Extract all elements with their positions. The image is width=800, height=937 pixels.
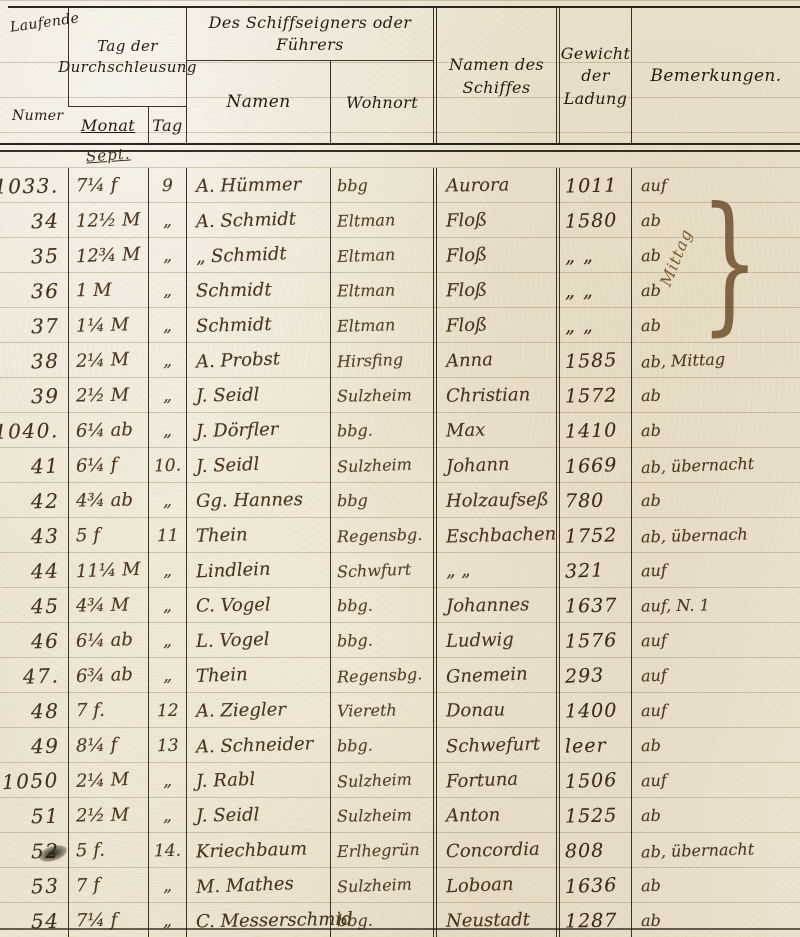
cell-schiff: Floß [433,238,556,273]
cell-schiff: Floß [433,273,556,308]
header-gewicht: Gewicht der Ladung [561,43,631,110]
cell-schiff: Johannes [433,588,556,623]
cell-laufende-nummer: 46 [8,623,68,658]
header-schiff: Namen des Schiffes [443,54,550,99]
cell-laufende-nummer: 41 [8,448,68,483]
cell-tag: „ [148,553,186,588]
cell-schiff: Ludwig [433,623,556,658]
cell-gewicht: „ „ [556,273,631,308]
cell-bemerkung: ab [631,203,800,238]
column-header-schiffseigner: Des Schiffseigners oder Führers [186,8,433,61]
cell-tag: „ [148,483,186,518]
column-header-tag-der-durchschleusung: Tag der Durchschleusung [68,8,186,107]
cell-schiff: Floß [433,203,556,238]
cell-schiff: Aurora [433,168,556,203]
cell-gewicht: „ „ [556,308,631,343]
cell-schiff: Johann [433,448,556,483]
cell-gewicht: 1011 [556,168,631,203]
cell-laufende-nummer: 53 [8,868,68,903]
cell-monat-zeit: 7 f [68,868,148,903]
cell-laufende-nummer: 42 [8,483,68,518]
cell-laufende-nummer: 37 [8,308,68,343]
cell-bemerkung: auf [631,553,800,588]
cell-name: A. Ziegler [186,693,330,728]
cell-gewicht: 321 [556,553,631,588]
cell-laufende-nummer: 38 [8,343,68,378]
cell-name: „ Schmidt [186,238,330,273]
cell-wohnort: Sulzheim [330,868,433,903]
cell-laufende-nummer: 51 [8,798,68,833]
cell-wohnort: Regensbg. [330,518,433,553]
cell-wohnort: bbg [330,483,433,518]
cell-laufende-nummer: 48 [8,693,68,728]
cell-wohnort: Eltman [330,273,433,308]
cell-schiff: Concordia [433,833,556,868]
cell-wohnort: Eltman [330,308,433,343]
cell-monat-zeit: 2½ M [68,798,148,833]
cell-tag: „ [148,378,186,413]
cell-monat-zeit: 6¼ ab [68,413,148,448]
cell-name: J. Dörfler [186,413,330,448]
column-header-wohnort: Wohnort [330,61,433,145]
cell-monat-zeit: 2½ M [68,378,148,413]
cell-bemerkung: ab [631,868,800,903]
cell-gewicht: 780 [556,483,631,518]
cell-wohnort: Hirsfing [330,343,433,378]
header-tag-title: Tag der Durchschleusung [58,36,197,78]
cell-schiff: Gnemein [433,658,556,693]
cell-wohnort: Eltman [330,238,433,273]
cell-gewicht: 1669 [556,448,631,483]
cell-monat-zeit: 2¼ M [68,343,148,378]
cell-tag: „ [148,203,186,238]
cell-monat-zeit: 12½ M [68,203,148,238]
cell-schiff: Holzaufseß [433,483,556,518]
cell-monat-zeit: 7¼ f [68,168,148,203]
cell-bemerkung: ab [631,728,800,763]
cell-monat-zeit: 5 f [68,518,148,553]
cell-tag: 14. [148,833,186,868]
cell-tag: „ [148,273,186,308]
cell-bemerkung: ab [631,238,800,273]
cell-wohnort: bbg. [330,623,433,658]
cell-bemerkung: ab, übernach [631,518,800,553]
cell-bemerkung: ab [631,308,800,343]
cell-laufende-nummer: 35 [8,238,68,273]
cell-name: Kriechbaum [186,833,330,868]
cell-tag: „ [148,798,186,833]
header-monat: Monat [81,115,135,137]
cell-wohnort: bbg. [330,728,433,763]
cell-name: J. Seidl [186,448,330,483]
cell-tag: 13 [148,728,186,763]
cell-bemerkung: auf [631,693,800,728]
cell-tag: „ [148,343,186,378]
cell-tag: „ [148,868,186,903]
cell-gewicht: 1580 [556,203,631,238]
cell-name: C. Vogel [186,588,330,623]
cell-name: M. Mathes [186,868,330,903]
cell-bemerkung: ab, Mittag [631,343,800,378]
header-wohnort: Wohnort [346,92,418,114]
cell-gewicht: 1572 [556,378,631,413]
cell-schiff: Christian [433,378,556,413]
cell-gewicht: 1410 [556,413,631,448]
cell-name: A. Probst [186,343,330,378]
cell-schiff: Fortuna [433,763,556,798]
column-header-namen: Namen [186,61,330,145]
cell-monat-zeit: 12¾ M [68,238,148,273]
cell-gewicht: 1752 [556,518,631,553]
cell-laufende-nummer: 39 [8,378,68,413]
month-note: Sept. [85,144,131,165]
cell-laufende-nummer: 1050 [8,763,68,798]
cell-monat-zeit: 8¼ f [68,728,148,763]
cell-tag: „ [148,658,186,693]
cell-tag: 10. [148,448,186,483]
cell-laufende-nummer: 45 [8,588,68,623]
cell-name: Schmidt [186,308,330,343]
cell-laufende-nummer: 47. [8,658,68,693]
cell-gewicht: „ „ [556,238,631,273]
header-numer: Numer [12,107,64,127]
cell-schiff: Anton [433,798,556,833]
cell-tag: „ [148,413,186,448]
column-header-monat: Monat [68,107,148,145]
cell-monat-zeit: 7 f. [68,693,148,728]
cell-name: Thein [186,658,330,693]
cell-tag: „ [148,588,186,623]
cell-tag: 12 [148,693,186,728]
cell-wohnort: Schwfurt [330,553,433,588]
header-tag: Tag [152,115,182,137]
cell-wohnort: Sulzheim [330,448,433,483]
cell-wohnort: Sulzheim [330,798,433,833]
cell-schiff: „ „ [433,553,556,588]
cell-wohnort: bbg [330,168,433,203]
header-namen: Namen [226,91,290,115]
cell-wohnort: Sulzheim [330,763,433,798]
cell-bemerkung: auf, N. 1 [631,588,800,623]
header-bemerkungen: Bemerkungen. [650,65,781,89]
cell-name: J. Seidl [186,798,330,833]
page-bottom-line [0,928,800,933]
cell-wohnort: Erlhegrün [330,833,433,868]
cell-laufende-nummer: 49 [8,728,68,763]
cell-monat-zeit: 6¼ f [68,448,148,483]
cell-name: Lindlein [186,553,330,588]
cell-wohnort: bbg. [330,413,433,448]
cell-gewicht: 1400 [556,693,631,728]
cell-schiff: Floß [433,308,556,343]
cell-name: J. Rabl [186,763,330,798]
cell-tag: 11 [148,518,186,553]
cell-schiff: Schwefurt [433,728,556,763]
cell-monat-zeit: 6¾ ab [68,658,148,693]
cell-laufende-nummer: 43 [8,518,68,553]
cell-monat-zeit: 5 f. [68,833,148,868]
cell-gewicht: 1585 [556,343,631,378]
cell-gewicht: 1637 [556,588,631,623]
cell-bemerkung: ab [631,413,800,448]
cell-bemerkung: ab, übernacht [631,448,800,483]
cell-wohnort: Regensbg. [330,658,433,693]
cell-monat-zeit: 2¼ M [68,763,148,798]
cell-gewicht: leer [556,728,631,763]
cell-name: L. Vogel [186,623,330,658]
cell-laufende-nummer: 36 [8,273,68,308]
cell-name: A. Hümmer [186,168,330,203]
cell-laufende-nummer: 1033. [8,168,68,203]
cell-monat-zeit: 6¼ ab [68,623,148,658]
cell-name: J. Seidl [186,378,330,413]
cell-wohnort: bbg. [330,588,433,623]
cell-schiff: Eschbachen [433,518,556,553]
cell-wohnort: Viereth [330,693,433,728]
cell-bemerkung: ab [631,798,800,833]
cell-monat-zeit: 1¼ M [68,308,148,343]
cell-gewicht: 1576 [556,623,631,658]
cell-gewicht: 808 [556,833,631,868]
cell-schiff: Anna [433,343,556,378]
cell-schiff: Max [433,413,556,448]
cell-laufende-nummer: 44 [8,553,68,588]
ledger-page-scan: Laufende Numer Tag der Durchschleusung M… [0,0,800,937]
ledger-rows: 1033. 7¼ f 9 A. Hümmer bbg Aurora 1011 a… [8,168,800,937]
header-owner-title: Des Schiffseigners oder Führers [195,12,425,57]
cell-laufende-nummer: 1040. [8,413,68,448]
cell-name: A. Schneider [186,728,330,763]
cell-tag: „ [148,623,186,658]
cell-bemerkung: ab [631,378,800,413]
table-header: Laufende Numer Tag der Durchschleusung M… [8,6,800,145]
cell-name: Schmidt [186,273,330,308]
cell-bemerkung: ab [631,483,800,518]
cell-gewicht: 1506 [556,763,631,798]
cell-name: Thein [186,518,330,553]
cell-laufende-nummer: 34 [8,203,68,238]
cell-bemerkung: ab, übernacht [631,833,800,868]
cell-monat-zeit: 1 M [68,273,148,308]
cell-tag: „ [148,308,186,343]
column-header-bemerkungen: Bemerkungen. [631,8,800,145]
column-header-tag: Tag [148,107,186,145]
column-header-gewicht-der-ladung: Gewicht der Ladung [556,8,631,145]
cell-name: A. Schmidt [186,203,330,238]
cell-gewicht: 1525 [556,798,631,833]
cell-gewicht: 293 [556,658,631,693]
cell-bemerkung: auf [631,658,800,693]
cell-tag: „ [148,238,186,273]
cell-bemerkung: auf [631,623,800,658]
cell-bemerkung: auf [631,763,800,798]
cell-wohnort: Sulzheim [330,378,433,413]
column-header-namen-des-schiffes: Namen des Schiffes [433,8,556,145]
cell-tag: 9 [148,168,186,203]
cell-monat-zeit: 4¾ M [68,588,148,623]
cell-monat-zeit: 11¼ M [68,553,148,588]
cell-schiff: Donau [433,693,556,728]
cell-bemerkung: auf [631,168,800,203]
cell-gewicht: 1636 [556,868,631,903]
cell-tag: „ [148,763,186,798]
cell-name: Gg. Hannes [186,483,330,518]
cell-wohnort: Eltman [330,203,433,238]
cell-schiff: Loboan [433,868,556,903]
cell-monat-zeit: 4¾ ab [68,483,148,518]
